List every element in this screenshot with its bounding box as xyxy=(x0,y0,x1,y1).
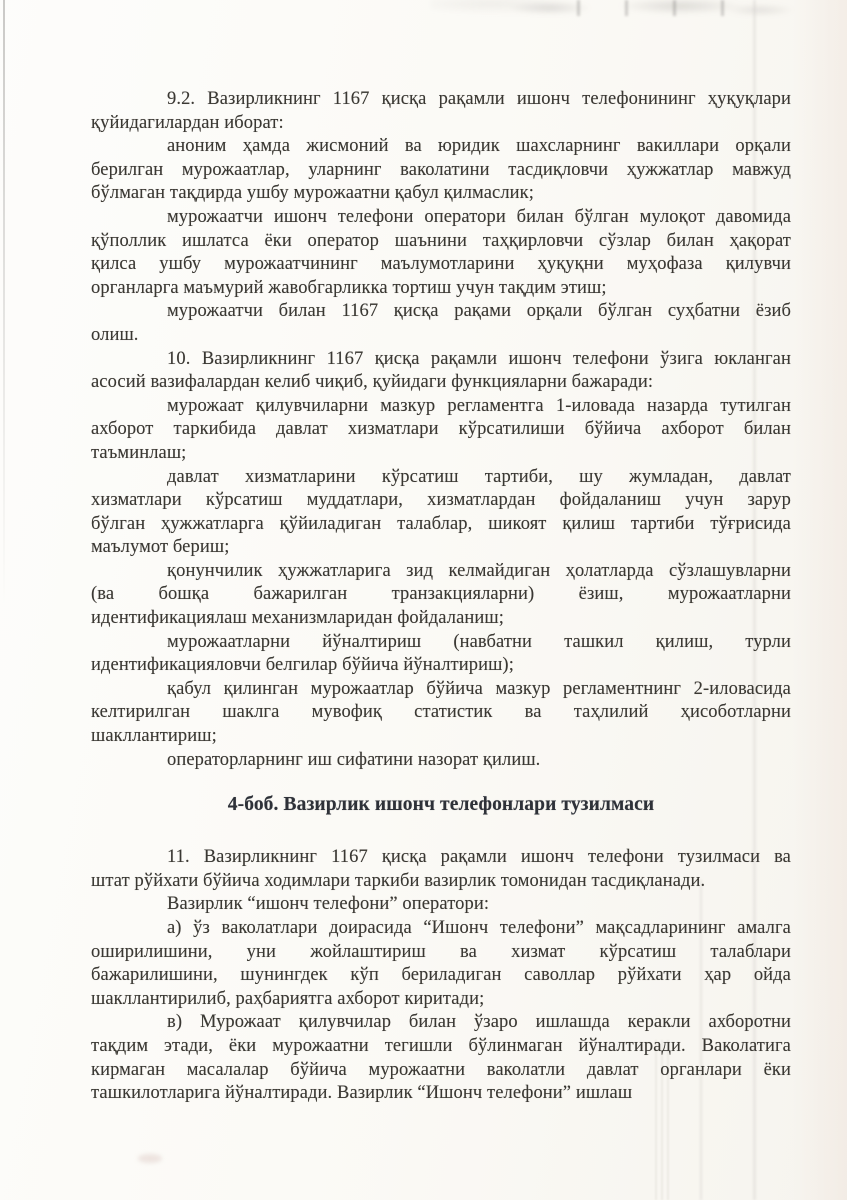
text-line: шакллантириш; xyxy=(91,725,791,749)
scan-bleed-smudge xyxy=(430,0,845,26)
body-paragraph: операторларнинг иш сифатини назорат қили… xyxy=(91,749,791,773)
chapter-heading: 4-боб. Вазирлик ишонч телефонлари тузилм… xyxy=(91,793,791,817)
text-line: штат рўйхати бўйича ходимлари таркиби ва… xyxy=(91,870,791,894)
text-line: бажарилишини, шунингдек кўп бериладиган … xyxy=(91,964,791,988)
body-paragraph: мурожаатларни йўналтириш (навбатни ташки… xyxy=(91,631,791,678)
text-line: а) ўз ваколатлари доирасида “Ишонч телеф… xyxy=(91,917,791,941)
text-line: мурожаатчи билан 1167 қисқа рақами орқал… xyxy=(91,300,791,324)
text-line: в) Мурожаат қилувчилар билан ўзаро ишлаш… xyxy=(91,1011,791,1035)
scanned-document-page: 9.2. Вазирликнинг 1167 қисқа рақамли ишо… xyxy=(0,0,847,1200)
text-line: аноним ҳамда жисмоний ва юридик шахсларн… xyxy=(91,135,791,159)
text-line: давлат хизматларини кўрсатиш тартиби, шу… xyxy=(91,466,791,490)
body-paragraph: 9.2. Вазирликнинг 1167 қисқа рақамли ишо… xyxy=(91,88,791,135)
text-line: операторларнинг иш сифатини назорат қили… xyxy=(91,749,791,773)
body-paragraph: 11. Вазирликнинг 1167 қисқа рақамли ишон… xyxy=(91,846,791,893)
text-line: қилса ушбу мурожаатчининг маълумотларини… xyxy=(91,253,791,277)
body-paragraph: аноним ҳамда жисмоний ва юридик шахсларн… xyxy=(91,135,791,206)
text-line: 10. Вазирликнинг 1167 қисқа рақамли ишон… xyxy=(91,348,791,372)
body-paragraph: мурожаат қилувчиларни мазкур регламентга… xyxy=(91,395,791,466)
text-line: таъминлаш; xyxy=(91,442,791,466)
body-paragraph: мурожаатчи билан 1167 қисқа рақами орқал… xyxy=(91,300,791,347)
text-line: қонунчилик ҳужжатларига зид келмайдиган … xyxy=(91,560,791,584)
text-line: 4-боб. Вазирлик ишонч телефонлари тузилм… xyxy=(91,793,791,817)
text-line: бўлган ҳужжатларга қўйиладиган талаблар,… xyxy=(91,513,791,537)
body-paragraph: Вазирлик “ишонч телефони” оператори: xyxy=(91,893,791,917)
text-line: идентификацияловчи белгилар бўйича йўнал… xyxy=(91,654,791,678)
text-line: берилган мурожаатлар, уларнинг ваколатин… xyxy=(91,159,791,183)
text-line: хизматлари кўрсатиш муддатлари, хизматла… xyxy=(91,489,791,513)
body-paragraph: в) Мурожаат қилувчилар билан ўзаро ишлаш… xyxy=(91,1011,791,1105)
body-paragraph: қабул қилинган мурожаатлар бўйича мазкур… xyxy=(91,678,791,749)
text-line: асосий вазифалардан келиб чиқиб, қуйидаг… xyxy=(91,371,791,395)
body-paragraph: давлат хизматларини кўрсатиш тартиби, шу… xyxy=(91,466,791,560)
text-line: мурожаат қилувчиларни мазкур регламентга… xyxy=(91,395,791,419)
text-line: олиш. xyxy=(91,324,791,348)
text-line: 11. Вазирликнинг 1167 қисқа рақамли ишон… xyxy=(91,846,791,870)
text-line: (ва бошқа бажарилган транзакцияларни) ёз… xyxy=(91,583,791,607)
text-line: Вазирлик “ишонч телефони” оператори: xyxy=(91,893,791,917)
text-line: мурожаатчи ишонч телефони оператори била… xyxy=(91,206,791,230)
text-line: қўполлик ишлатса ёки оператор шаънини та… xyxy=(91,230,791,254)
text-line: тақдим этади, ёки мурожаатни тегишли бўл… xyxy=(91,1035,791,1059)
scan-bleed-ticks xyxy=(555,0,755,16)
text-line: идентификациялаш механизмларидан фойдала… xyxy=(91,607,791,631)
text-line: қабул қилинган мурожаатлар бўйича мазкур… xyxy=(91,678,791,702)
text-line: маълумот бериш; xyxy=(91,536,791,560)
text-line: мурожаатларни йўналтириш (навбатни ташки… xyxy=(91,631,791,655)
document-body: 9.2. Вазирликнинг 1167 қисқа рақамли ишо… xyxy=(91,88,791,1106)
body-paragraph: а) ўз ваколатлари доирасида “Ишонч телеф… xyxy=(91,917,791,1011)
body-paragraph: қонунчилик ҳужжатларига зид келмайдиган … xyxy=(91,560,791,631)
text-line: 9.2. Вазирликнинг 1167 қисқа рақамли ишо… xyxy=(91,88,791,112)
scan-mark xyxy=(138,1154,162,1163)
scan-right-tint xyxy=(792,0,847,1200)
body-paragraph: мурожаатчи ишонч телефони оператори била… xyxy=(91,206,791,300)
text-line: бўлмаган тақдирда ушбу мурожаатни қабул … xyxy=(91,182,791,206)
text-line: шакллантирилиб, раҳбариятга ахборот кири… xyxy=(91,988,791,1012)
body-paragraph: 10. Вазирликнинг 1167 қисқа рақамли ишон… xyxy=(91,348,791,395)
text-line: кирмаган масалалар бўйича мурожаатни вак… xyxy=(91,1059,791,1083)
scan-edge-line xyxy=(3,0,5,605)
text-line: ташкилотларига йўналтиради. Вазирлик “Иш… xyxy=(91,1082,791,1106)
text-line: оширилишини, уни жойлаштириш ва хизмат к… xyxy=(91,941,791,965)
text-line: қуйидагилардан иборат: xyxy=(91,112,791,136)
text-line: ахборот таркибида давлат хизматлари кўрс… xyxy=(91,418,791,442)
text-line: органларга маъмурий жавобгарликка тортиш… xyxy=(91,277,791,301)
text-line: келтирилган шаклга мувофиқ статистик ва … xyxy=(91,701,791,725)
